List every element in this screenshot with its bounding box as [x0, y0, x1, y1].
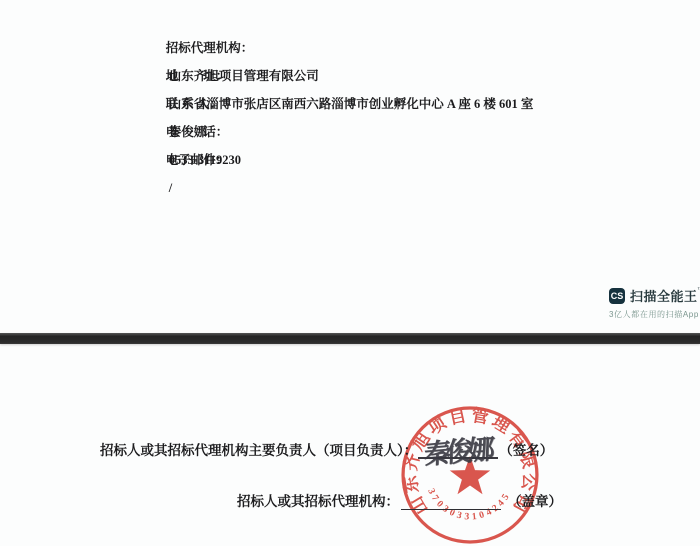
camscanner-logo-row: CS 扫描全能王 ™	[609, 286, 700, 305]
agency-name-line: 招标代理机构： 山东齐旭项目管理有限公司	[147, 6, 533, 34]
seal-line-label: 招标人或其招标代理机构：	[237, 493, 399, 511]
email-value: /	[169, 181, 172, 195]
agency-name-label: 招标代理机构：	[166, 41, 254, 55]
camscanner-watermark: CS 扫描全能王 ™ 3亿人都在用的扫描App	[609, 286, 700, 320]
seal-underline	[401, 493, 501, 510]
seal-suffix: （盖章）	[508, 493, 562, 511]
camscanner-logo-icon: CS	[609, 288, 625, 304]
address-label: 地 址：	[166, 69, 229, 83]
responsible-person-label: 招标人或其招标代理机构主要负责人（项目负责人）：	[100, 442, 417, 460]
page-break-bar	[0, 333, 700, 344]
signature-suffix: （签名）	[499, 442, 553, 460]
phone-label: 电 话：	[166, 125, 229, 139]
scanned-document: { "agency": { "lines": [ {"label": "招标代理…	[0, 0, 700, 546]
company-seal-stamp: 山东齐旭项目管理有限公司 3703033104245	[399, 404, 541, 546]
address-value: 山东省淄博市张店区南西六路淄博市创业孵化中心 A 座 6 楼 601 室	[169, 97, 534, 111]
contact-person-label: 联 系 人：	[166, 97, 222, 111]
agency-contact-block: 招标代理机构： 山东齐旭项目管理有限公司 地 址： 山东省淄博市张店区南西六路淄…	[147, 6, 533, 146]
email-label: 电子邮件：	[166, 153, 229, 167]
document-page: 招标代理机构： 山东齐旭项目管理有限公司 地 址： 山东省淄博市张店区南西六路淄…	[0, 0, 700, 546]
seal-line: 招标人或其招标代理机构： （盖章）	[237, 493, 562, 511]
handwritten-signature: 秦俊娜	[423, 427, 490, 472]
camscanner-app-name: 扫描全能王	[630, 286, 698, 305]
camscanner-tagline: 3亿人都在用的扫描App	[609, 309, 700, 320]
